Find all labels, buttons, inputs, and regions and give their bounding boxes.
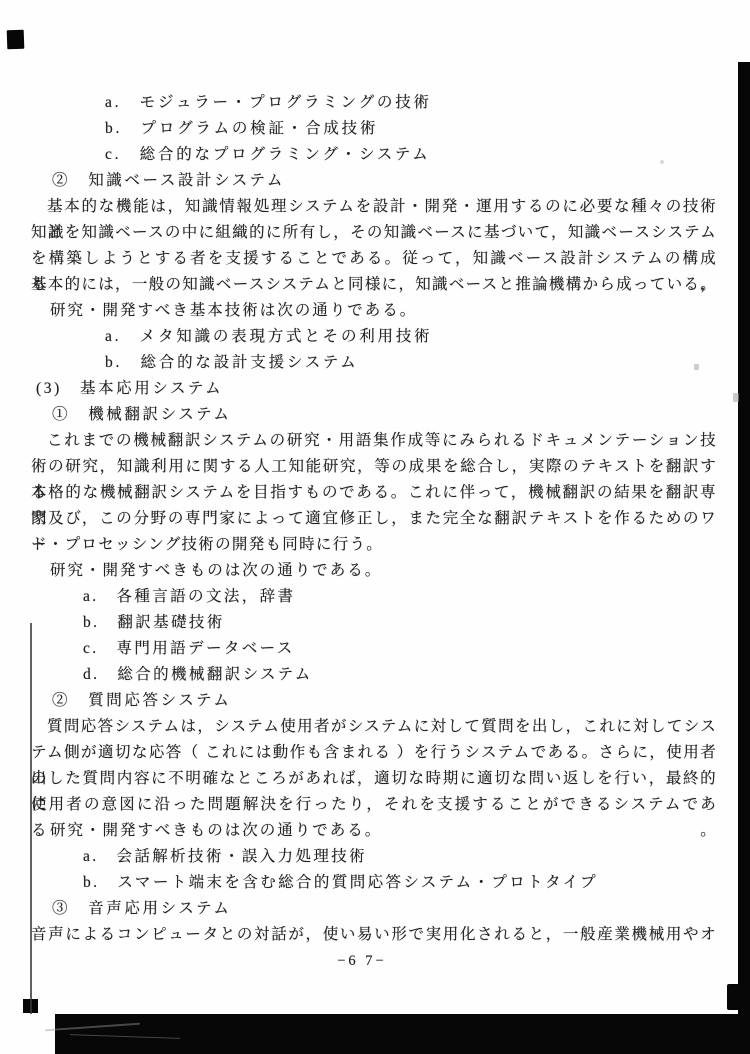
text-line: a. メタ知識の表現方式とその利用技術 (31, 324, 717, 350)
text-line: 出した質問内容に不明確なところがあれば，適切な時期に適切な問い返しを行い，最終的… (31, 766, 717, 792)
text-line: c. 総合的なプログラミング・システム (31, 142, 717, 168)
text-line: ③ 音声応用システム (31, 896, 717, 922)
scan-mark-top-left (7, 30, 25, 50)
text-line: ② 知識ベース設計システム (31, 168, 717, 194)
text-line: を構築しようとする者を支援することである。従って，知識ベース設計システムの構成も… (31, 246, 717, 272)
page-number: −6 7− (0, 953, 724, 970)
text-line: テム側が適切な応答（ これには動作も含まれる ）を行うシステムである。さらに，使… (31, 740, 717, 766)
text-line: a. モジュラー・プログラミングの技術 (31, 90, 717, 116)
text-line: (3) 基本応用システム (31, 376, 717, 402)
text-line: 使用者の意図に沿った問題解決を行ったり，それを支援することができるシステムである… (31, 792, 717, 818)
text-line: 基本的な機能は，知識情報処理システムを設計・開発・運用するのに必要な種々の技術と (31, 194, 717, 220)
page: a. モジュラー・プログラミングの技術 b. プログラムの検証・合成技術 c. … (0, 0, 750, 1054)
text-line: b. 翻訳基礎技術 (31, 610, 717, 636)
text-line: a. 会話解析技術・誤入力処理技術 (31, 844, 717, 870)
text-line: b. スマート端末を含む総合的質問応答システム・プロトタイプ (31, 870, 717, 896)
scan-blob-right-bottom (727, 984, 750, 1010)
text-line: ② 質問応答システム (31, 688, 717, 714)
text-line: ド・プロセッシング技術の開発も同時に行う。 (31, 532, 717, 558)
text-line: 基本的には，一般の知識ベースシステムと同様に，知識ベースと推論機構から成っている… (31, 272, 717, 298)
text-line: 研究・開発すべき基本技術は次の通りである。 (31, 298, 717, 324)
text-line: ① 機械翻訳システム (31, 402, 717, 428)
text-line: b. プログラムの検証・合成技術 (31, 116, 717, 142)
scan-line-left (30, 623, 32, 1014)
scan-bar-right (738, 62, 750, 1014)
text-line: a. 各種言語の文法，辞書 (31, 584, 717, 610)
text-line: d. 総合的機械翻訳システム (31, 662, 717, 688)
text-line: 質問応答システムは，システム使用者がシステムに対して質問を出し，これに対してシス (31, 714, 717, 740)
text-line: b. 総合的な設計支援システム (31, 350, 717, 376)
text-line: これまでの機械翻訳システムの研究・用語集作成等にみられるドキュメンテーション技 (31, 428, 717, 454)
document-body: a. モジュラー・プログラミングの技術 b. プログラムの検証・合成技術 c. … (31, 90, 717, 948)
text-line: 本格的な機械翻訳システムを目指すものである。これに伴って，機械翻訳の結果を翻訳専… (31, 480, 717, 506)
text-line: 家及び，この分野の専門家によって適宜修正し，また完全な翻訳テキストを作るためのワ… (31, 506, 717, 532)
text-line: c. 専門用語データベース (31, 636, 717, 662)
text-line: 音声によるコンピュータとの対話が，使い易い形で実用化されると，一般産業機械用やオ (31, 922, 717, 948)
text-line: 知識を知識ベースの中に組織的に所有し，その知識ベースに基づいて，知識ベースシステ… (31, 220, 717, 246)
text-line: 研究・開発すべきものは次の通りである。 (31, 558, 717, 584)
scan-bar-bottom (55, 1014, 750, 1054)
text-line: 術の研究，知識利用に関する人工知能研究，等の成果を総合し，実際のテキストを翻訳す… (31, 454, 717, 480)
